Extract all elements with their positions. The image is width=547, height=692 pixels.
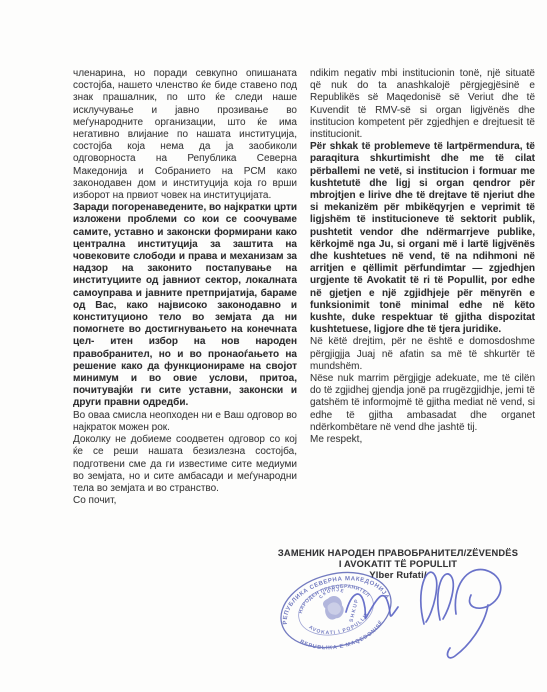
left-column-macedonian: членарина, но поради севкупно опишаната … [73,68,297,507]
paragraph: Заради погоренаведените, во најкратки цр… [73,202,297,409]
letter-body: членарина, но поради севкупно опишаната … [73,68,535,507]
paragraph: членарина, но поради севкупно опишаната … [73,68,297,202]
closing-salutation-sq: Me respekt, [310,434,535,446]
svg-text:REPUBLIKA E MAQEDONISË: REPUBLIKA E MAQEDONISË [297,618,389,660]
paragraph: Доколку не добиеме соодветен одговор со … [73,434,297,495]
letter-page: членарина, но поради севкупно опишаната … [0,0,547,692]
paragraph: Në këtë drejtim, për ne është e domosdos… [310,336,535,373]
closing-salutation-mk: Со почит, [73,495,297,507]
official-stamp-icon: РЕПУБЛИКА СЕВЕРНА МАКЕДОНИЈА REPUBLIKA E… [273,562,400,663]
paragraph: Për shkak të problemeve të lartpërmendur… [310,141,535,336]
right-column-albanian: ndikim negativ mbi institucionin tonë, n… [310,68,535,507]
stamp-emblem-icon [322,594,346,621]
paragraph: ndikim negativ mbi institucionin tonë, n… [310,68,535,141]
stamp-text-outer-bottom: REPUBLIKA E MAQEDONISË [297,618,389,660]
paragraph: Nëse nuk marrim përgjigje adekuate, me t… [310,373,535,434]
stamp-and-signature-overlay: РЕПУБЛИКА СЕВЕРНА МАКЕДОНИЈА REPUBLIKA E… [258,556,538,688]
paragraph: Во оваа смисла неопходен ни е Ваш одгово… [73,410,297,434]
